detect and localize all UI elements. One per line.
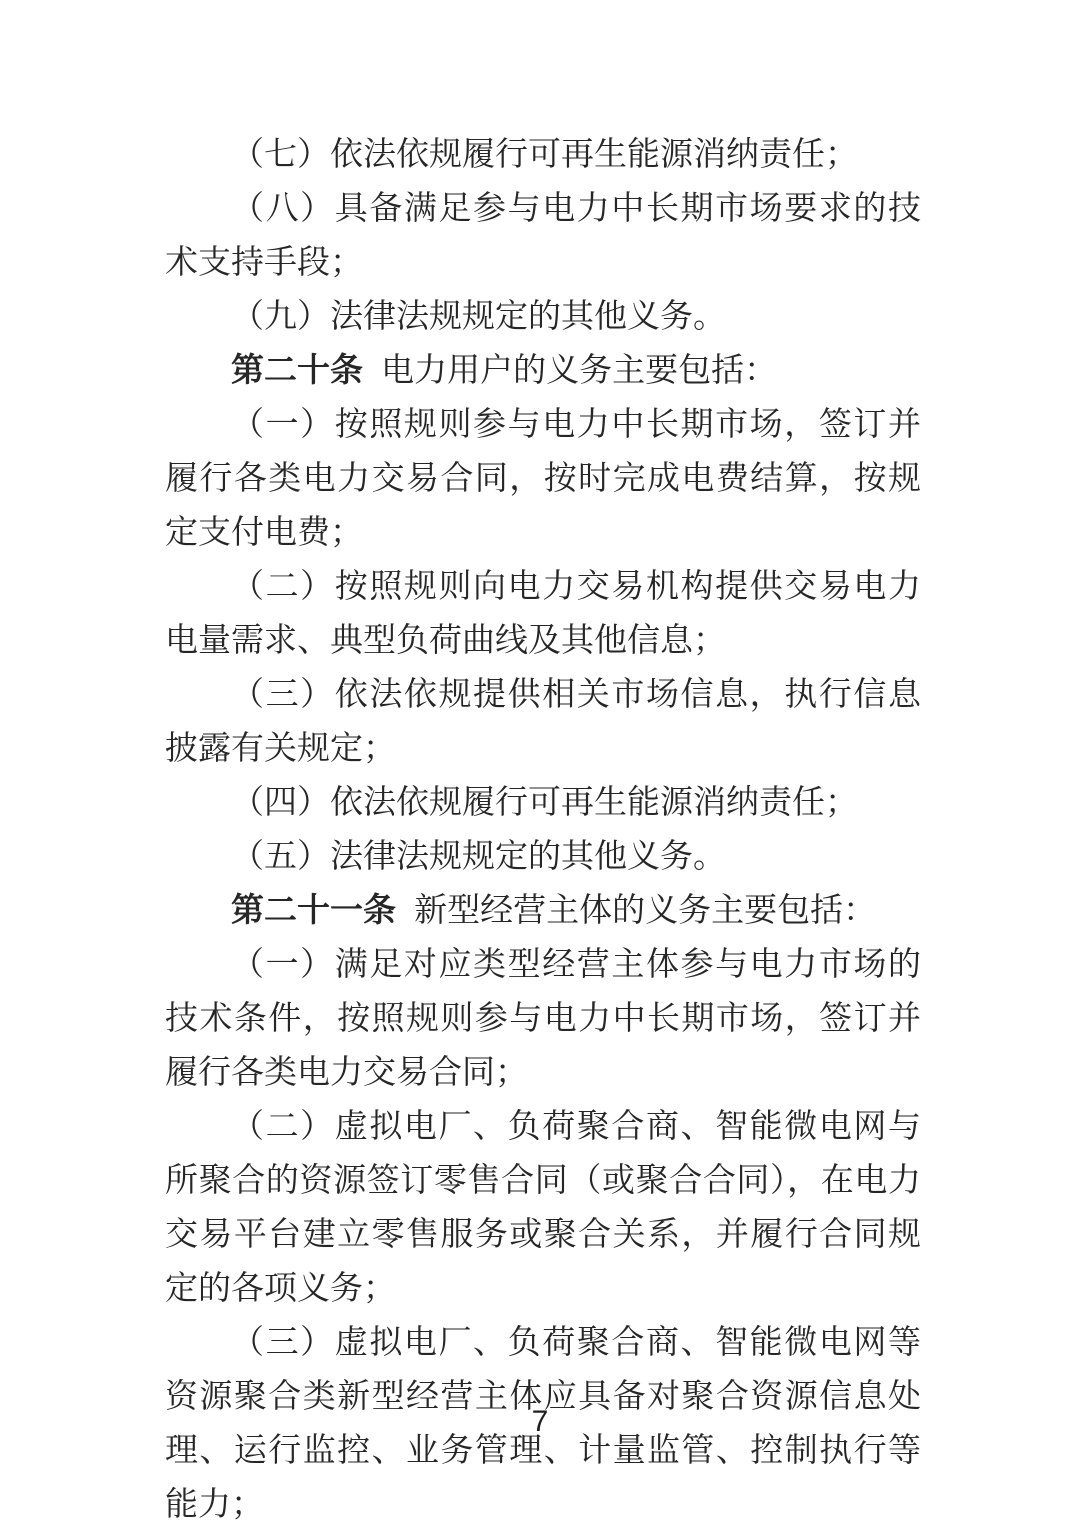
paragraph: （三）依法依规提供相关市场信息，执行信息披露有关规定；: [165, 668, 921, 776]
document-page: （七）依法依规履行可再生能源消纳责任； （八）具备满足参与电力中长期市场要求的技…: [0, 0, 1080, 1528]
paragraph-text: （三）依法依规提供相关市场信息，执行信息披露有关规定；: [165, 677, 921, 767]
paragraph: 第二十一条新型经营主体的义务主要包括：: [165, 884, 921, 938]
paragraph-text: （二）按照规则向电力交易机构提供交易电力电量需求、典型负荷曲线及其他信息；: [165, 569, 921, 659]
paragraph: （八）具备满足参与电力中长期市场要求的技术支持手段；: [165, 182, 921, 290]
paragraph-text: （一）满足对应类型经营主体参与电力市场的技术条件，按照规则参与电力中长期市场，签…: [165, 947, 921, 1091]
paragraph: （一）按照规则参与电力中长期市场，签订并履行各类电力交易合同，按时完成电费结算，…: [165, 398, 921, 560]
article-number: 第二十一条: [231, 893, 396, 929]
paragraph: （四）依法依规履行可再生能源消纳责任；: [165, 776, 921, 830]
paragraph-text: （一）按照规则参与电力中长期市场，签订并履行各类电力交易合同，按时完成电费结算，…: [165, 407, 921, 551]
paragraph: （二）按照规则向电力交易机构提供交易电力电量需求、典型负荷曲线及其他信息；: [165, 560, 921, 668]
article-number: 第二十条: [231, 353, 363, 389]
paragraph-text: （八）具备满足参与电力中长期市场要求的技术支持手段；: [165, 191, 921, 281]
paragraph: （二）虚拟电厂、负荷聚合商、智能微电网与所聚合的资源签订零售合同（或聚合合同），…: [165, 1100, 921, 1316]
paragraph-text: 新型经营主体的义务主要包括：: [414, 893, 876, 929]
paragraph-text: （九）法律法规规定的其他义务。: [231, 299, 726, 335]
paragraph-text: （五）法律法规规定的其他义务。: [231, 839, 726, 875]
paragraph-text: （七）依法依规履行可再生能源消纳责任；: [231, 137, 858, 173]
paragraph: 第二十条电力用户的义务主要包括：: [165, 344, 921, 398]
paragraph-text: （四）依法依规履行可再生能源消纳责任；: [231, 785, 858, 821]
page-content: （七）依法依规履行可再生能源消纳责任； （八）具备满足参与电力中长期市场要求的技…: [165, 128, 921, 1528]
paragraph: （一）满足对应类型经营主体参与电力市场的技术条件，按照规则参与电力中长期市场，签…: [165, 938, 921, 1100]
paragraph: （七）依法依规履行可再生能源消纳责任；: [165, 128, 921, 182]
paragraph: （九）法律法规规定的其他义务。: [165, 290, 921, 344]
paragraph-text: （二）虚拟电厂、负荷聚合商、智能微电网与所聚合的资源签订零售合同（或聚合合同），…: [165, 1109, 921, 1307]
page-number: 7: [0, 1400, 1080, 1444]
paragraph-text: 电力用户的义务主要包括：: [381, 353, 777, 389]
paragraph: （五）法律法规规定的其他义务。: [165, 830, 921, 884]
